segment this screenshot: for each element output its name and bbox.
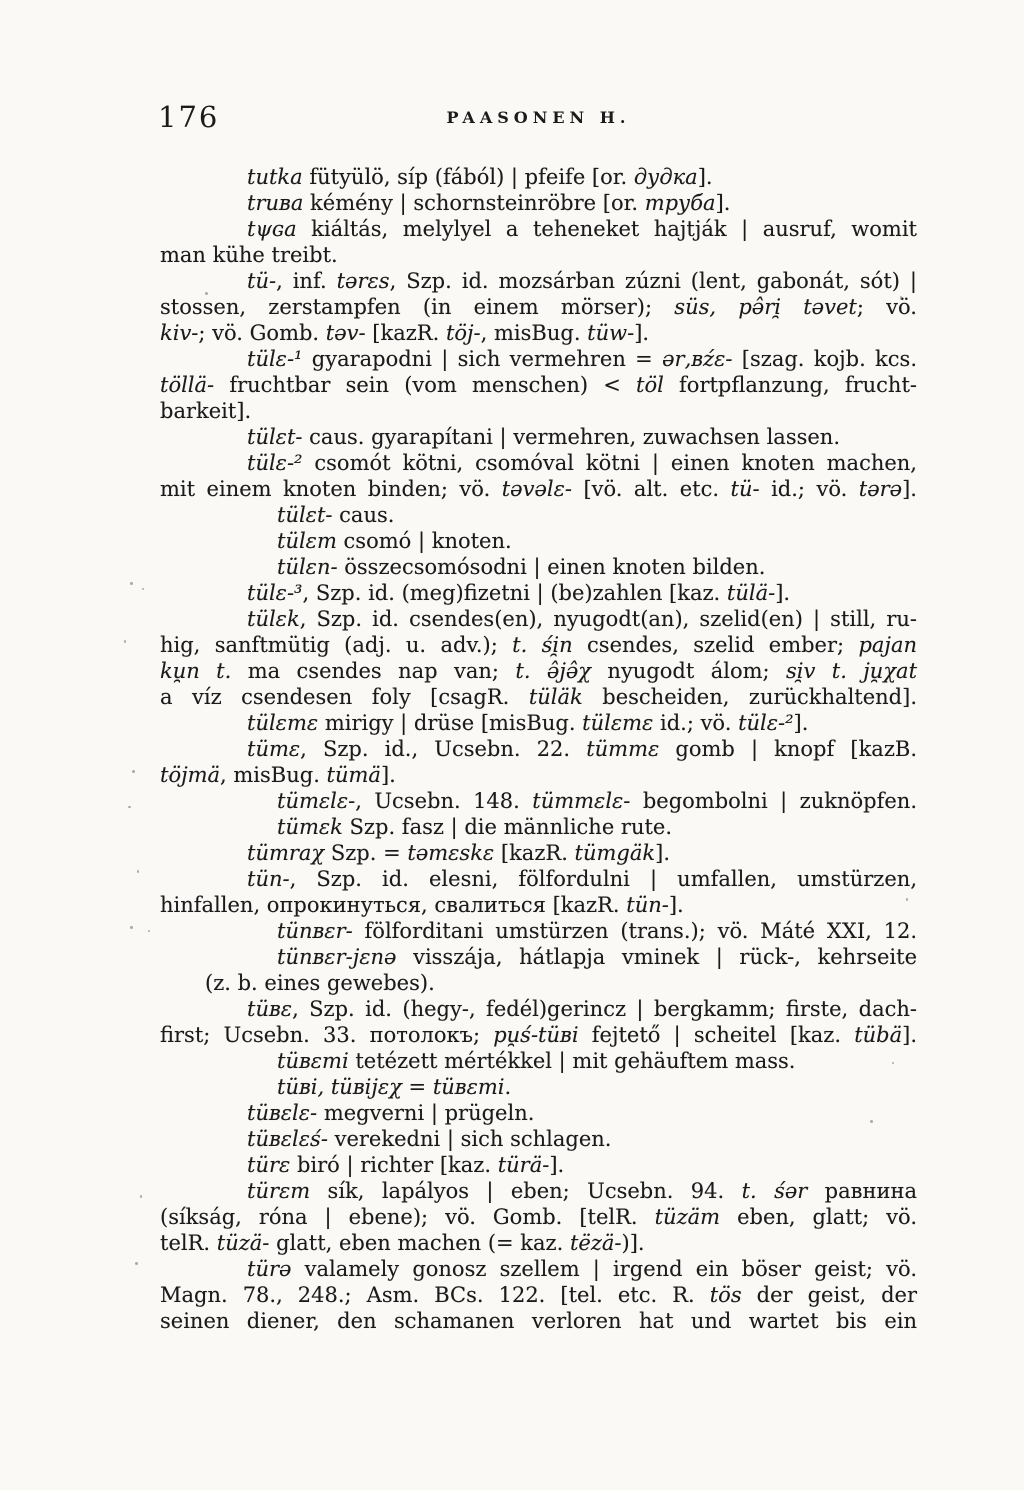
transcription-term: tümmɛ bbox=[586, 737, 659, 761]
transcription-term: tüʙɛ bbox=[247, 997, 292, 1021]
transcription-term: tümä bbox=[327, 763, 381, 787]
text-line: hig, sanftmütig (adj. u. adv.); t. śi̯n … bbox=[160, 632, 917, 658]
transcription-term: tün- bbox=[626, 893, 669, 917]
text-segment: valamely gonosz szellem | irgend ein bös… bbox=[291, 1257, 917, 1281]
text-line: tümɛk Szp. fasz | die männliche rute. bbox=[160, 814, 917, 840]
text-line: tülɛn- összecsomósodni | einen knoten bi… bbox=[160, 554, 917, 580]
text-segment: ]. bbox=[381, 763, 396, 787]
text-segment: caus. gyarapítani | vermehren, zuwachsen… bbox=[302, 425, 840, 449]
transcription-term: truʙa bbox=[247, 191, 303, 215]
transcription-term: tülɛt- bbox=[277, 503, 332, 527]
text-line: töllä- fruchtbar sein (vom menschen) < t… bbox=[160, 372, 917, 398]
text-segment: ; vö. Gomb. bbox=[198, 321, 325, 345]
transcription-term: tülä- bbox=[727, 581, 775, 605]
text-segment: fütyülö, síp (fából) | pfeife [or. bbox=[303, 165, 634, 189]
transcription-term: tψɢa bbox=[247, 217, 297, 241]
transcription-term: tübä bbox=[854, 1023, 902, 1047]
text-segment: first; Ucsebn. 33. потолокъ; bbox=[160, 1023, 493, 1047]
scanned-page: 176 PAASONEN H. tutka fütyülö, síp (fábó… bbox=[0, 0, 1024, 1490]
text-segment: der geist, der bbox=[742, 1283, 917, 1307]
transcription-term: труба bbox=[645, 191, 716, 215]
text-segment: hinfallen, опрокинуться, свалиться [kazR… bbox=[160, 893, 626, 917]
scan-speck bbox=[900, 296, 902, 300]
text-segment: ]. bbox=[655, 841, 670, 865]
text-segment: fortpflanzung, frucht- bbox=[664, 373, 917, 397]
scan-speck bbox=[137, 870, 139, 873]
transcription-term: tümraχ bbox=[247, 841, 324, 865]
text-line: barkeit]. bbox=[160, 398, 917, 424]
text-segment: , Szp. id. (hegy-, fedél)gerincz | bergk… bbox=[292, 997, 917, 1021]
text-segment: Szp. = bbox=[324, 841, 407, 865]
transcription-term: tüw- bbox=[587, 321, 634, 345]
text-line: tülɛt- caus. gyarapítani | vermehren, zu… bbox=[160, 424, 917, 450]
transcription-term: tüzä- bbox=[217, 1231, 270, 1255]
text-line: kiv-; vö. Gomb. təv- [kazR. töj-, misBug… bbox=[160, 320, 917, 346]
transcription-term: ər‚ʙźɛ- bbox=[662, 347, 732, 371]
text-line: hinfallen, опрокинуться, свалиться [kazR… bbox=[160, 892, 917, 918]
text-line: türɛ biró | richter [kaz. türä-]. bbox=[160, 1152, 917, 1178]
text-segment: tetézett mértékkel | mit gehäuftem mass. bbox=[349, 1049, 796, 1073]
transcription-term: tümɛk bbox=[277, 815, 343, 839]
transcription-term: tüʙi, tüʙijɛχ bbox=[277, 1075, 402, 1099]
text-line: tünʙɛr-jɛnə visszája, hátlapja vminek | … bbox=[160, 944, 917, 970]
text-segment: равнина bbox=[807, 1179, 917, 1203]
text-line: man kühe treibt. bbox=[160, 242, 917, 268]
transcription-term: tü- bbox=[247, 269, 276, 293]
transcription-term: tünʙɛr-jɛnə bbox=[277, 945, 396, 969]
text-segment: , Szp. id. csendes(en), nyugodt(an), sze… bbox=[300, 607, 917, 631]
text-segment: hig, sanftmütig (adj. u. adv.); bbox=[160, 633, 512, 657]
text-segment: gomb | knopf [kazB. bbox=[659, 737, 917, 761]
text-segment: . bbox=[505, 1075, 512, 1099]
text-line: tümraχ Szp. = təmɛskɛ [kazR. tümgäk]. bbox=[160, 840, 917, 866]
text-line: tün-, Szp. id. elesni, fölfordulni | umf… bbox=[160, 866, 917, 892]
transcription-term: tülɛmɛ bbox=[247, 711, 318, 735]
transcription-term: t. śi̯n bbox=[512, 633, 573, 657]
text-segment: barkeit]. bbox=[160, 399, 251, 423]
transcription-term: türɛm bbox=[247, 1179, 310, 1203]
text-line: tüʙɛlɛś- verekedni | sich schlagen. bbox=[160, 1126, 917, 1152]
text-segment: megverni | prügeln. bbox=[317, 1101, 534, 1125]
text-line: (síkság, róna | ebene); vö. Gomb. [telR.… bbox=[160, 1204, 917, 1230]
transcription-term: tüʙɛlɛś- bbox=[247, 1127, 328, 1151]
text-line: tüʙi, tüʙijɛχ = tüʙɛmi. bbox=[160, 1074, 917, 1100]
text-segment: begombolni | zuknöpfen. bbox=[630, 789, 917, 813]
text-line: tülɛmɛ mirigy | drüse [misBug. tülɛmɛ id… bbox=[160, 710, 917, 736]
text-segment: fölforditani umstürzen (trans.); vö. Mát… bbox=[353, 919, 917, 943]
scan-speck bbox=[135, 1262, 138, 1265]
text-line: telR. tüzä- glatt, eben machen (= kaz. t… bbox=[160, 1230, 917, 1256]
text-segment: caus. bbox=[332, 503, 394, 527]
text-segment: stossen, zerstampfen (in einem mörser); bbox=[160, 295, 674, 319]
transcription-term: tüʙɛmi bbox=[277, 1049, 349, 1073]
text-line: tümɛlɛ-, Ucsebn. 148. tümmɛlɛ- begomboln… bbox=[160, 788, 917, 814]
transcription-term: tülɛ-² bbox=[247, 451, 302, 475]
text-line: mit einem knoten binden; vö. təvəlɛ- [vö… bbox=[160, 476, 917, 502]
transcription-term: дудка bbox=[634, 165, 698, 189]
text-line: tülɛ-² csomót kötni, csomóval kötni | ei… bbox=[160, 450, 917, 476]
transcription-term: si̯v t. ju̯χat bbox=[786, 659, 917, 683]
transcription-term: təvəlɛ- bbox=[502, 477, 572, 501]
transcription-term: tərɛs bbox=[337, 269, 390, 293]
text-line: tüʙɛmi tetézett mértékkel | mit gehäufte… bbox=[160, 1048, 917, 1074]
scan-speck bbox=[205, 292, 208, 295]
text-segment: kémény | schornsteinröbre [or. bbox=[303, 191, 644, 215]
text-segment: fejtető | scheitel [kaz. bbox=[579, 1023, 855, 1047]
scan-speck bbox=[128, 806, 131, 808]
text-segment: ]. bbox=[902, 477, 917, 501]
text-segment: mirigy | drüse [misBug. bbox=[318, 711, 582, 735]
text-segment: bescheiden, zurückhaltend]. bbox=[583, 685, 917, 709]
text-line: tünʙɛr- fölforditani umstürzen (trans.);… bbox=[160, 918, 917, 944]
text-segment: )]. bbox=[622, 1231, 645, 1255]
transcription-term: tün- bbox=[247, 867, 290, 891]
transcription-term: pu̯ś-tüʙi bbox=[493, 1023, 578, 1047]
text-line: tutka fütyülö, síp (fából) | pfeife [or.… bbox=[160, 164, 917, 190]
text-line: first; Ucsebn. 33. потолокъ; pu̯ś-tüʙi f… bbox=[160, 1022, 917, 1048]
text-segment: csomó | knoten. bbox=[337, 529, 512, 553]
running-header: PAASONEN H. bbox=[160, 108, 917, 127]
text-segment: , inf. bbox=[276, 269, 337, 293]
scan-speck bbox=[168, 775, 170, 777]
transcription-term: tülɛ-³ bbox=[247, 581, 302, 605]
transcription-term: tünʙɛr- bbox=[277, 919, 353, 943]
transcription-term: tüläk bbox=[529, 685, 583, 709]
text-segment: fruchtbar sein (vom menschen) < bbox=[214, 373, 636, 397]
text-segment: ]. bbox=[698, 165, 713, 189]
text-line: truʙa kémény | schornsteinröbre [or. тру… bbox=[160, 190, 917, 216]
transcription-term: tümgäk bbox=[575, 841, 656, 865]
transcription-term: tüʙɛmi bbox=[433, 1075, 505, 1099]
transcription-term: tülɛ-² bbox=[738, 711, 793, 735]
text-segment: (z. b. eines gewebes). bbox=[205, 971, 435, 995]
text-segment: glatt, eben machen (= kaz. bbox=[269, 1231, 570, 1255]
text-line: tümɛ, Szp. id., Ucsebn. 22. tümmɛ gomb |… bbox=[160, 736, 917, 762]
text-segment: a víz csendesen foly [csagR. bbox=[160, 685, 529, 709]
transcription-term: tüzäm bbox=[655, 1205, 720, 1229]
text-segment: [kazR. bbox=[494, 841, 574, 865]
text-line: tψɢa kiáltás, melylyel a teheneket hajtj… bbox=[160, 216, 917, 242]
transcription-term: tüʙɛlɛ- bbox=[247, 1101, 317, 1125]
transcription-term: ku̯n t. bbox=[160, 659, 231, 683]
scan-speck bbox=[148, 930, 150, 932]
transcription-term: təmɛskɛ bbox=[407, 841, 494, 865]
text-line: türə valamely gonosz szellem | irgend ei… bbox=[160, 1256, 917, 1282]
text-segment: ma csendes nap van; bbox=[231, 659, 515, 683]
text-segment: ]. bbox=[794, 711, 809, 735]
text-segment: ]. bbox=[669, 893, 684, 917]
text-segment: ]. bbox=[634, 321, 649, 345]
text-segment: , Szp. id., Ucsebn. 22. bbox=[300, 737, 586, 761]
text-segment: [vö. alt. etc. bbox=[572, 477, 731, 501]
text-line: tüʙɛ, Szp. id. (hegy-, fedél)gerincz | b… bbox=[160, 996, 917, 1022]
transcription-term: tümmɛlɛ- bbox=[532, 789, 630, 813]
text-segment: nyugodt álom; bbox=[591, 659, 786, 683]
text-segment: man kühe treibt. bbox=[160, 243, 338, 267]
transcription-term: t. śər bbox=[742, 1179, 808, 1203]
text-segment: [kazR. bbox=[366, 321, 446, 345]
text-line: tülɛt- caus. bbox=[160, 502, 917, 528]
transcription-term: tümɛlɛ- bbox=[277, 789, 355, 813]
text-segment: , misBug. bbox=[220, 763, 327, 787]
transcription-term: təv- bbox=[326, 321, 366, 345]
text-segment: mit einem knoten binden; vö. bbox=[160, 477, 502, 501]
text-line: tülɛm csomó | knoten. bbox=[160, 528, 917, 554]
text-segment: ; vö. bbox=[857, 295, 917, 319]
text-line: stossen, zerstampfen (in einem mörser); … bbox=[160, 294, 917, 320]
transcription-term: tülɛt- bbox=[247, 425, 302, 449]
scan-speck bbox=[906, 898, 908, 901]
transcription-term: töj- bbox=[446, 321, 481, 345]
text-segment: ]. bbox=[902, 1023, 917, 1047]
transcription-term: tutka bbox=[247, 165, 303, 189]
text-line: Magn. 78., 248.; Asm. BCs. 122. [tel. et… bbox=[160, 1282, 917, 1308]
text-segment: id.; vö. bbox=[653, 711, 738, 735]
text-line: tülɛ-¹ gyarapodni | sich vermehren = ər‚… bbox=[160, 346, 917, 372]
text-line: töjmä, misBug. tümä]. bbox=[160, 762, 917, 788]
scan-speck bbox=[140, 1195, 142, 1198]
text-line: seinen diener, den schamanen verloren ha… bbox=[160, 1308, 917, 1334]
text-segment: eben, glatt; vö. bbox=[720, 1205, 917, 1229]
transcription-term: tü- bbox=[731, 477, 760, 501]
transcription-term: tülɛk bbox=[247, 607, 300, 631]
text-segment: biró | richter [kaz. bbox=[290, 1153, 497, 1177]
text-segment: , Ucsebn. 148. bbox=[355, 789, 532, 813]
transcription-term: tülɛm bbox=[277, 529, 337, 553]
scan-speck bbox=[132, 770, 135, 773]
text-line: tüʙɛlɛ- megverni | prügeln. bbox=[160, 1100, 917, 1126]
text-line: tülɛk, Szp. id. csendes(en), nyugodt(an)… bbox=[160, 606, 917, 632]
text-segment: , Szp. id. elesni, fölfordulni | umfalle… bbox=[290, 867, 917, 891]
text-segment: seinen diener, den schamanen verloren ha… bbox=[160, 1309, 917, 1333]
text-segment: Magn. 78., 248.; Asm. BCs. 122. [tel. et… bbox=[160, 1283, 710, 1307]
text-line: tülɛ-³, Szp. id. (meg)fizetni | (be)zahl… bbox=[160, 580, 917, 606]
text-segment: telR. bbox=[160, 1231, 217, 1255]
transcription-term: tümɛ bbox=[247, 737, 300, 761]
transcription-term: türä- bbox=[498, 1153, 550, 1177]
transcription-term: tülɛ-¹ bbox=[247, 347, 302, 371]
text-segment: sík, lapályos | eben; Ucsebn. 94. bbox=[310, 1179, 741, 1203]
text-segment: , Szp. id. mozsárban zúzni (lent, gaboná… bbox=[390, 269, 917, 293]
scan-speck bbox=[870, 1120, 873, 1123]
text-segment: összecsomósodni | einen knoten bilden. bbox=[338, 555, 766, 579]
transcription-term: süs, pə̂ri̯ təvet bbox=[674, 295, 857, 319]
scan-speck bbox=[130, 582, 133, 585]
text-segment: ]. bbox=[716, 191, 731, 215]
transcription-term: pajan bbox=[858, 633, 917, 657]
dictionary-text: tutka fütyülö, síp (fából) | pfeife [or.… bbox=[160, 164, 917, 1334]
text-line: tü-, inf. tərɛs, Szp. id. mozsárban zúzn… bbox=[160, 268, 917, 294]
transcription-term: tëzä- bbox=[570, 1231, 622, 1255]
text-segment: ]. bbox=[549, 1153, 564, 1177]
transcription-term: tülɛmɛ bbox=[582, 711, 653, 735]
text-segment: = bbox=[402, 1075, 433, 1099]
text-segment: verekedni | sich schlagen. bbox=[328, 1127, 612, 1151]
scan-speck bbox=[892, 1062, 894, 1064]
text-segment: , misBug. bbox=[481, 321, 588, 345]
text-line: (z. b. eines gewebes). bbox=[160, 970, 917, 996]
text-segment: gyarapodni | sich vermehren = bbox=[302, 347, 662, 371]
scan-speck bbox=[130, 926, 133, 929]
text-segment: kiáltás, melylyel a teheneket hajtják | … bbox=[297, 217, 917, 241]
text-segment: , Szp. id. (meg)fizetni | (be)zahlen [ka… bbox=[302, 581, 726, 605]
transcription-term: tərə bbox=[859, 477, 902, 501]
transcription-term: tülɛn- bbox=[277, 555, 338, 579]
text-segment: csendes, szelid ember; bbox=[573, 633, 859, 657]
scan-speck bbox=[124, 640, 126, 643]
text-segment: id.; vö. bbox=[760, 477, 859, 501]
transcription-term: töllä- bbox=[160, 373, 214, 397]
text-segment: (síkság, róna | ebene); vö. Gomb. [telR. bbox=[160, 1205, 655, 1229]
scan-speck bbox=[142, 588, 144, 590]
text-segment: [szag. kojb. kcs. bbox=[732, 347, 917, 371]
text-segment: csomót kötni, csomóval kötni | einen kno… bbox=[302, 451, 917, 475]
transcription-term: t. ə̂jə̂χ bbox=[515, 659, 591, 683]
text-segment: ]. bbox=[775, 581, 790, 605]
transcription-term: tös bbox=[710, 1283, 742, 1307]
transcription-term: türə bbox=[247, 1257, 291, 1281]
text-line: türɛm sík, lapályos | eben; Ucsebn. 94. … bbox=[160, 1178, 917, 1204]
text-segment: Szp. fasz | die männliche rute. bbox=[343, 815, 672, 839]
text-line: a víz csendesen foly [csagR. tüläk besch… bbox=[160, 684, 917, 710]
transcription-term: töl bbox=[636, 373, 664, 397]
transcription-term: kiv- bbox=[160, 321, 198, 345]
text-line: ku̯n t. ma csendes nap van; t. ə̂jə̂χ ny… bbox=[160, 658, 917, 684]
text-segment: visszája, hátlapja vminek | rück-, kehrs… bbox=[396, 945, 917, 969]
transcription-term: türɛ bbox=[247, 1153, 290, 1177]
